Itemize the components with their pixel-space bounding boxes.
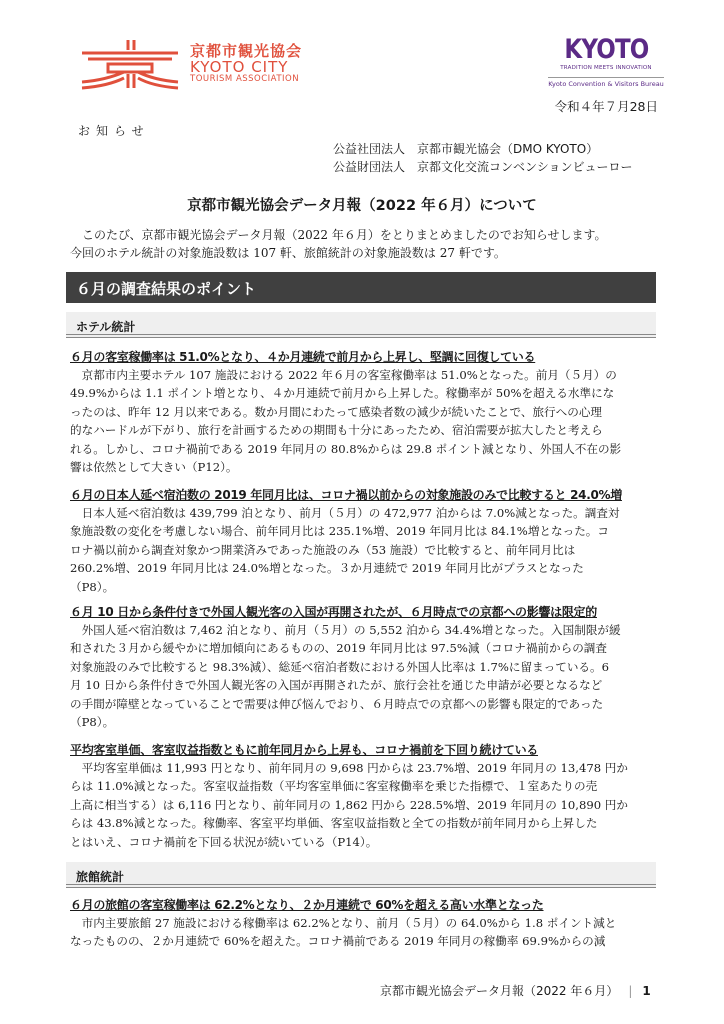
kyoto-bureau-name: Kyoto Convention & Visitors Bureau [548,80,664,88]
kyo-mark-icon [78,38,182,90]
notice-label: お知らせ [78,122,150,139]
kyoto-city-tourism-association-logo: 京都市観光協会 KYOTO CITY TOURISM ASSOCIATION [78,36,378,92]
body-line: 対象施設のみで比較すると 98.3%減）、総延べ宿泊者数における外国人比率は 1… [70,658,660,676]
body-line: 260.2%増、2019 年同月比は 24.0%増となった。３か月連続で 201… [70,559,660,577]
section-heading-points: ６月の調査結果のポイント [66,272,656,303]
point-body: 京都市内主要ホテル 107 施設における 2022 年６月の客室稼働率は 51.… [70,366,660,476]
ryokan-point-1: ６月の旅館の客室稼働率は 62.2%となり、２か月連続で 60%を超える高い水準… [70,896,660,951]
kyoto-tagline: TRADITION MEETS INNOVATION [548,65,664,71]
body-line: 49.9%からは 1.1 ポイント増となり、４か月連続で前月から上昇した。稼働率… [70,384,660,402]
subsection-heading-hotel: ホテル統計 [66,312,656,338]
body-line: 和された３月から緩やかに増加傾向にあるものの、2019 年同月比は 97.5%減… [70,639,660,657]
body-line: （P8）。 [70,713,660,731]
hotel-point-2: ６月の日本人延べ宿泊数の 2019 年同月比は、コロナ禍以前からの対象施設のみで… [70,486,660,596]
issuer-org-1: 公益社団法人 京都市観光協会（DMO KYOTO） [333,140,598,157]
point-body: 日本人延べ宿泊数は 439,799 泊となり、前月（５月）の 472,977 泊… [70,504,660,596]
subsection-heading-ryokan: 旅館統計 [66,862,656,888]
issue-date: 令和４年７月28日 [555,97,658,115]
logo-divider [548,77,664,78]
point-title: ６月 10 日から条件付きで外国人観光客の入国が再開されたが、６月時点での京都へ… [70,603,660,621]
page-number: 1 [642,984,650,998]
body-line: 市内主要旅館 27 施設における稼働率は 62.2%となり、前月（５月）の 64… [70,914,660,932]
point-title: 平均客室単価、客室収益指数ともに前年同月から上昇も、コロナ禍前を下回り続けている [70,741,660,759]
body-line: の手間が障壁となっていることで需要は伸び悩んでおり、６月時点での京都への影響も限… [70,695,660,713]
hotel-point-4: 平均客室単価、客室収益指数ともに前年同月から上昇も、コロナ禍前を下回り続けている… [70,741,660,851]
body-line: らは 11.0%減となった。客室収益指数（平均客室単価に客室稼働率を乗じた指標で… [70,777,660,795]
body-line: 平均客室単価は 11,993 円となり、前年同月の 9,698 円からは 23.… [70,759,660,777]
document-title: 京都市観光協会データ月報（2022 年６月）について [0,194,724,215]
body-line: 上高に相当する）は 6,116 円となり、前年同月の 1,862 円から 228… [70,796,660,814]
point-body: 市内主要旅館 27 施設における稼働率は 62.2%となり、前月（５月）の 64… [70,914,660,951]
kyoto-convention-bureau-logo: KYOTO TRADITION MEETS INNOVATION Kyoto C… [548,36,664,88]
point-title: ６月の旅館の客室稼働率は 62.2%となり、２か月連続で 60%を超える高い水準… [70,896,660,914]
body-line: 京都市内主要ホテル 107 施設における 2022 年６月の客室稼働率は 51.… [70,366,660,384]
body-line: とはいえ、コロナ禍前を下回る状況が続いている（P14）。 [70,833,660,851]
point-body: 平均客室単価は 11,993 円となり、前年同月の 9,698 円からは 23.… [70,759,660,851]
hotel-point-3: ６月 10 日から条件付きで外国人観光客の入国が再開されたが、６月時点での京都へ… [70,603,660,731]
intro-line-2: 今回のホテル統計の対象施設数は 107 軒、旅館統計の対象施設数は 27 軒です… [70,244,660,262]
body-line: 月 10 日から条件付きで外国人観光客の入国が再開されたが、旅行会社を通じた申請… [70,676,660,694]
intro-paragraph: このたび、京都市観光協会データ月報（2022 年６月）をとりまとめましたのでお知… [70,226,660,262]
body-line: ロナ禍以前から調査対象かつ開業済みであった施設のみ（53 施設）で比較すると、前… [70,541,660,559]
logo-en-text-1: KYOTO CITY [190,60,302,76]
point-title: ６月の客室稼働率は 51.0%となり、４か月連続で前月から上昇し、堅調に回復して… [70,348,660,366]
page-footer: 京都市観光協会データ月報（2022 年６月） | 1 [380,982,651,999]
body-line: （P8）。 [70,578,660,596]
footer-title: 京都市観光協会データ月報（2022 年６月） [380,982,618,999]
body-line: らは 43.8%減となった。稼働率、客室平均単価、客室収益指数と全ての指数が前年… [70,814,660,832]
point-title: ６月の日本人延べ宿泊数の 2019 年同月比は、コロナ禍以前からの対象施設のみで… [70,486,660,504]
footer-separator: | [628,984,632,998]
issuer-org-2: 公益財団法人 京都文化交流コンベンションビューロー [333,158,632,175]
body-line: 日本人延べ宿泊数は 439,799 泊となり、前月（５月）の 472,977 泊… [70,504,660,522]
kyoto-wordmark: KYOTO [564,36,648,63]
body-line: 象施設数の変化を考慮しない場合、前年同月比は 235.1%増、2019 年同月比… [70,522,660,540]
hotel-point-1: ６月の客室稼働率は 51.0%となり、４か月連続で前月から上昇し、堅調に回復して… [70,348,660,476]
body-line: 的なハードルが下がり、旅行を計画するための期間も十分にあったため、宿泊需要が拡大… [70,421,660,439]
body-line: 外国人延べ宿泊数は 7,462 泊となり、前月（５月）の 5,552 泊から 3… [70,621,660,639]
body-line: ったのは、昨年 12 月以来である。数か月間にわたって感染者数の減少が続いたこと… [70,403,660,421]
body-line: 響は依然として大きい（P12）。 [70,458,660,476]
intro-line-1: このたび、京都市観光協会データ月報（2022 年６月）をとりまとめましたのでお知… [70,226,660,244]
body-line: れる。しかし、コロナ禍前である 2019 年同月の 80.8%からは 29.8 … [70,440,660,458]
point-body: 外国人延べ宿泊数は 7,462 泊となり、前月（５月）の 5,552 泊から 3… [70,621,660,731]
logo-en-text-2: TOURISM ASSOCIATION [190,75,302,84]
body-line: なったものの、２か月連続で 60%を超えた。コロナ禍前である 2019 年同月の… [70,932,660,950]
